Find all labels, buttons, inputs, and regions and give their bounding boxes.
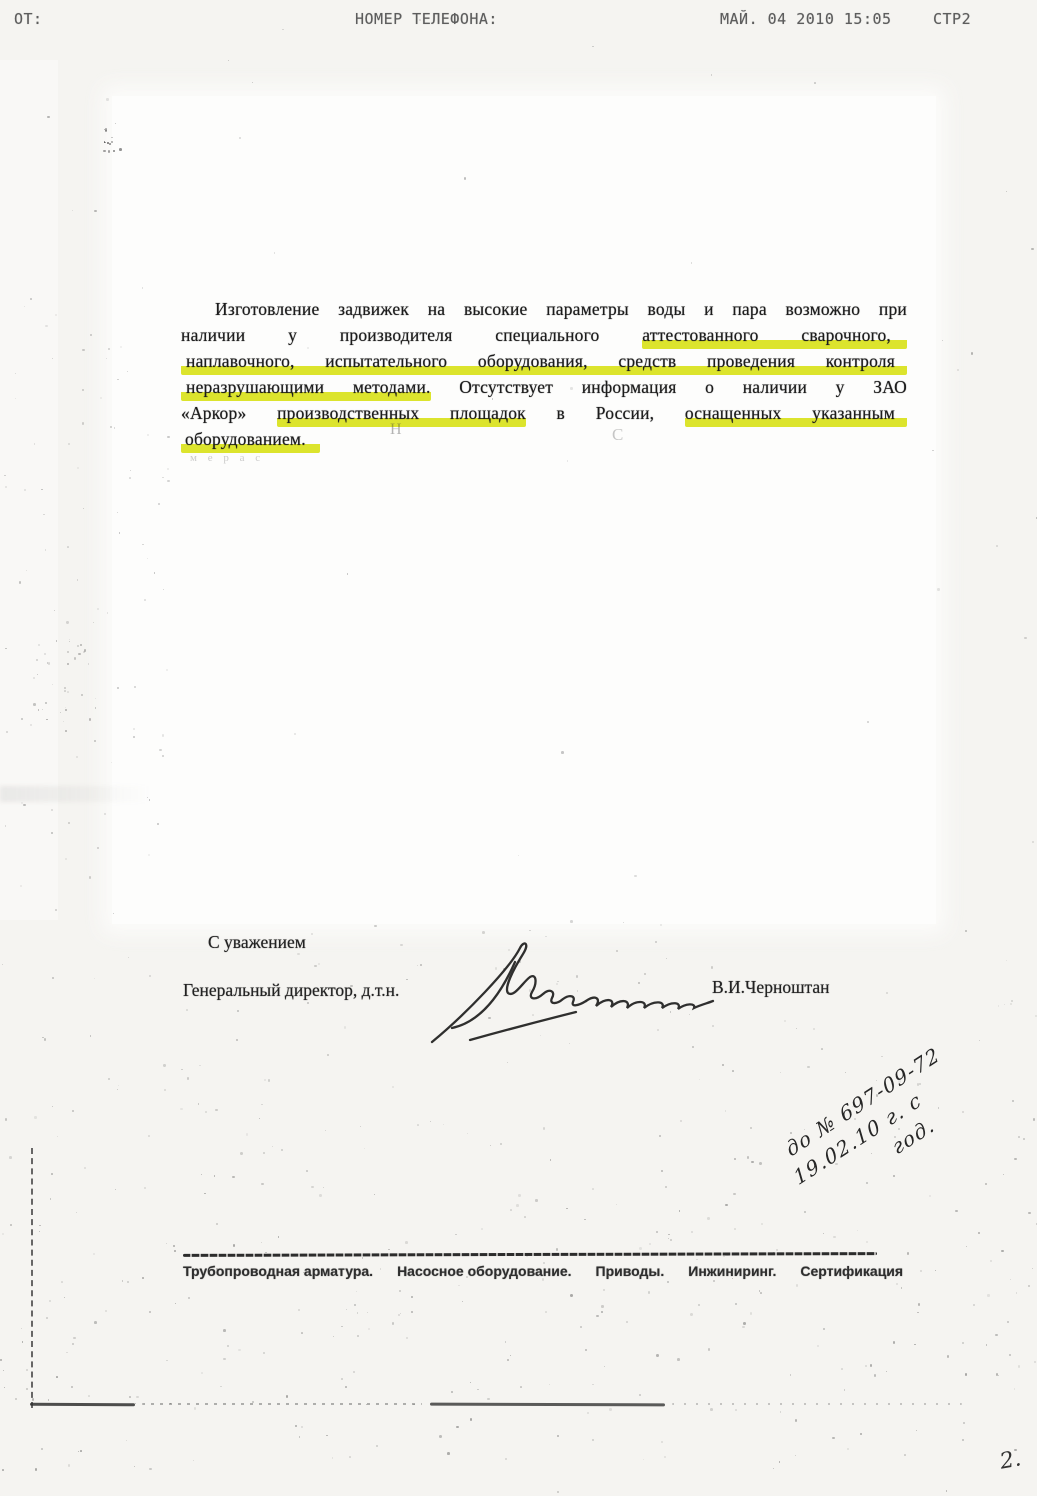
scan-speckle bbox=[962, 1439, 964, 1441]
scan-smudge bbox=[0, 786, 150, 802]
scan-speckle bbox=[439, 1435, 442, 1438]
scan-speckle bbox=[341, 1378, 343, 1380]
scan-speckle bbox=[34, 1116, 36, 1118]
scan-speckle bbox=[481, 1228, 483, 1230]
scan-speckle bbox=[566, 1208, 567, 1209]
scan-speckle bbox=[477, 1389, 478, 1390]
scan-speckle bbox=[63, 721, 64, 722]
scan-speckle bbox=[80, 644, 82, 646]
scan-speckle bbox=[83, 651, 85, 653]
scan-speckle bbox=[194, 1407, 197, 1410]
scan-speckle bbox=[238, 1349, 241, 1352]
footer-service-item: Приводы. bbox=[596, 1263, 665, 1279]
scan-speckle bbox=[233, 1244, 235, 1246]
scan-speckle bbox=[1009, 1354, 1011, 1356]
scan-speckle bbox=[95, 707, 97, 709]
scan-speckle bbox=[779, 1461, 780, 1462]
scan-speckle bbox=[670, 1239, 672, 1241]
scan-speckle bbox=[72, 210, 73, 211]
scan-speckle bbox=[920, 1270, 922, 1272]
scan-speckle bbox=[965, 930, 967, 932]
scan-speckle bbox=[524, 1216, 526, 1218]
scan-speckle bbox=[93, 1253, 95, 1255]
scan-speckle bbox=[680, 1120, 682, 1122]
scan-speckle bbox=[784, 1020, 786, 1022]
scan-speckle bbox=[462, 1301, 463, 1302]
scan-speckle bbox=[193, 1460, 195, 1462]
scan-speckle bbox=[268, 1079, 270, 1081]
handwritten-page-number: 2. bbox=[998, 1446, 1023, 1474]
scan-speckle bbox=[216, 1223, 218, 1225]
scan-speckle bbox=[263, 1152, 265, 1154]
scan-speckle bbox=[1014, 1158, 1016, 1160]
fax-transmission-header: ОТ: НОМЕР ТЕЛЕФОНА: МАЙ. 04 2010 15:05 С… bbox=[0, 10, 1037, 36]
scan-speckle bbox=[735, 1303, 737, 1305]
scan-speckle bbox=[180, 1108, 183, 1111]
scan-speckle bbox=[500, 1143, 502, 1145]
scan-speckle bbox=[616, 1204, 618, 1206]
scan-speckle bbox=[26, 1369, 28, 1371]
scan-speckle bbox=[67, 663, 69, 665]
scan-speckle bbox=[94, 210, 97, 213]
scan-speckle bbox=[51, 1173, 53, 1175]
scan-speckle bbox=[411, 1311, 413, 1313]
scan-speckle bbox=[661, 1170, 663, 1172]
scan-speckle bbox=[181, 1069, 183, 1071]
scan-speckle bbox=[246, 1133, 249, 1136]
highlighted-text: наплавочного, испытательного оборудовани… bbox=[181, 351, 907, 375]
scan-speckle bbox=[874, 1374, 877, 1377]
fax-page-indicator: СТР2 bbox=[933, 10, 971, 28]
scan-speckle bbox=[1001, 1250, 1003, 1252]
scan-speckle bbox=[1024, 637, 1026, 639]
scan-speckle bbox=[780, 1411, 782, 1413]
scan-speckle bbox=[660, 924, 662, 926]
scan-speckle bbox=[50, 1198, 52, 1200]
scan-speckle bbox=[761, 1223, 763, 1225]
scan-speckle bbox=[392, 1086, 394, 1088]
scan-speckle bbox=[917, 1312, 919, 1314]
scan-speckle bbox=[406, 1337, 408, 1339]
scan-speckle bbox=[507, 1062, 508, 1063]
scan-speckle bbox=[1023, 1138, 1025, 1140]
scan-speckle bbox=[604, 1366, 605, 1367]
scan-speckle bbox=[870, 1364, 873, 1367]
scan-speckle bbox=[104, 141, 106, 143]
scanned-fax-page: ОТ: НОМЕР ТЕЛЕФОНА: МАЙ. 04 2010 15:05 С… bbox=[0, 0, 1037, 1496]
scan-speckle bbox=[823, 1233, 824, 1234]
scan-speckle bbox=[487, 1398, 490, 1401]
scan-speckle bbox=[232, 1176, 234, 1178]
scan-speckle bbox=[82, 422, 84, 424]
scan-speckle bbox=[127, 1281, 129, 1283]
scan-speckle bbox=[44, 1038, 46, 1040]
scan-speckle bbox=[556, 1248, 559, 1251]
scan-speckle bbox=[1010, 1279, 1011, 1280]
scan-speckle bbox=[88, 1395, 90, 1397]
footer-service-item: Насосное оборудование. bbox=[397, 1263, 571, 1279]
footer-divider-line bbox=[183, 1252, 877, 1257]
scan-speckle bbox=[698, 1304, 700, 1306]
scan-speckle bbox=[510, 1355, 511, 1356]
scan-speckle bbox=[100, 397, 102, 399]
scan-speckle bbox=[90, 1035, 91, 1036]
scan-speckle bbox=[857, 1230, 858, 1231]
scan-speckle bbox=[742, 1326, 744, 1328]
scan-speckle bbox=[22, 1341, 24, 1343]
scan-speckle bbox=[374, 1194, 375, 1195]
scan-speckle bbox=[759, 1290, 761, 1292]
scan-speckle bbox=[15, 1398, 17, 1400]
scan-speckle bbox=[699, 1079, 700, 1080]
scan-speckle bbox=[89, 718, 91, 720]
scan-speckle bbox=[696, 1259, 697, 1260]
scan-speckle bbox=[264, 1079, 266, 1081]
scan-speckle bbox=[136, 1396, 138, 1398]
scan-speckle bbox=[66, 621, 68, 623]
scan-speckle bbox=[549, 1384, 550, 1385]
scan-speckle bbox=[61, 1281, 63, 1283]
scan-speckle bbox=[73, 1337, 76, 1340]
scan-speckle bbox=[656, 1231, 658, 1233]
scan-speckle bbox=[115, 1189, 116, 1190]
scan-speckle bbox=[148, 1135, 150, 1137]
scan-speckle bbox=[80, 1450, 82, 1452]
scan-speckle bbox=[301, 1426, 303, 1428]
scan-speckle bbox=[734, 1158, 736, 1160]
scan-speckle bbox=[2, 1233, 4, 1235]
scan-speckle bbox=[298, 1309, 300, 1311]
scan-speckle bbox=[174, 1250, 176, 1252]
scan-speckle bbox=[223, 1329, 226, 1332]
ghost-mark: С bbox=[612, 425, 627, 445]
scan-speckle bbox=[1003, 1174, 1004, 1175]
scan-speckle bbox=[505, 1458, 507, 1460]
scan-speckle bbox=[668, 1234, 669, 1235]
closing-salutation: С уважением bbox=[208, 932, 306, 953]
scan-speckle bbox=[69, 639, 70, 640]
scan-speckle bbox=[545, 1311, 547, 1313]
scan-speckle bbox=[186, 1009, 188, 1011]
scan-speckle bbox=[77, 645, 79, 647]
scan-speckle bbox=[430, 1121, 431, 1122]
scan-speckle bbox=[105, 130, 107, 132]
scan-speckle bbox=[725, 1110, 726, 1111]
scan-speckle bbox=[893, 1175, 895, 1177]
scan-speckle bbox=[188, 1297, 190, 1299]
scan-speckle bbox=[142, 1277, 143, 1278]
scan-speckle bbox=[1010, 1003, 1012, 1005]
scan-speckle bbox=[929, 1195, 931, 1197]
scan-speckle bbox=[1016, 1292, 1017, 1293]
scan-speckle bbox=[750, 1312, 752, 1314]
scan-speckle bbox=[901, 1287, 902, 1288]
scan-speckle bbox=[814, 82, 816, 84]
footer-service-item: Инжиниринг. bbox=[688, 1263, 776, 1279]
scan-speckle bbox=[914, 1344, 916, 1346]
scan-speckle bbox=[41, 1448, 43, 1450]
scan-speckle bbox=[665, 1186, 667, 1188]
scan-speckle bbox=[907, 1252, 909, 1254]
scan-speckle bbox=[332, 1457, 333, 1458]
scan-speckle bbox=[833, 1236, 835, 1238]
scan-speckle bbox=[108, 150, 110, 152]
scan-speckle bbox=[844, 1389, 845, 1390]
scan-speckle bbox=[743, 1322, 746, 1325]
scan-speckle bbox=[77, 467, 79, 469]
scan-speckle bbox=[639, 1394, 641, 1396]
scan-speckle bbox=[105, 1310, 107, 1312]
scan-speckle bbox=[261, 1183, 264, 1186]
scan-speckle bbox=[94, 978, 95, 979]
scan-speckle bbox=[94, 1321, 97, 1324]
scan-speckle bbox=[759, 1162, 762, 1165]
scan-speckle bbox=[236, 1039, 238, 1041]
scan-speckle bbox=[49, 1300, 51, 1302]
highlighted-text: аттестованного сварочного, bbox=[642, 325, 907, 349]
scan-speckle bbox=[570, 1294, 573, 1297]
scan-speckle bbox=[281, 1149, 283, 1151]
scan-speckle bbox=[458, 1285, 460, 1287]
scan-speckle bbox=[1004, 1004, 1005, 1005]
scan-speckle bbox=[149, 975, 151, 977]
scan-speckle bbox=[490, 1145, 491, 1146]
scan-speckle bbox=[592, 1384, 593, 1385]
scan-speckle bbox=[68, 822, 70, 824]
scan-speckle bbox=[205, 1111, 207, 1113]
scan-speckle bbox=[201, 1372, 203, 1374]
ghost-mark: м е р а с bbox=[190, 452, 264, 464]
scan-speckle bbox=[601, 1305, 603, 1307]
scan-speckle bbox=[557, 1491, 560, 1494]
scan-speckle bbox=[518, 1194, 521, 1197]
scan-speckle bbox=[996, 1373, 998, 1375]
scan-speckle bbox=[311, 933, 313, 935]
scan-speckle bbox=[349, 1456, 351, 1458]
scan-speckle bbox=[584, 1219, 586, 1221]
scan-speckle bbox=[175, 1303, 176, 1304]
scan-speckle bbox=[516, 1204, 519, 1207]
scan-speckle bbox=[639, 1247, 642, 1250]
scan-speckle bbox=[455, 1234, 457, 1236]
scan-speckle bbox=[813, 1028, 815, 1030]
scan-speckle bbox=[104, 813, 106, 815]
scan-speckle bbox=[978, 1232, 979, 1233]
highlighted-text: оборудованием. bbox=[181, 429, 320, 453]
scan-speckle bbox=[1006, 191, 1008, 193]
scan-speckle bbox=[307, 1002, 310, 1005]
highlighted-text: оснащенных указанным bbox=[685, 403, 907, 427]
paragraph-text: Отсутствует информация о наличии у ЗАО bbox=[431, 377, 907, 397]
scan-speckle bbox=[261, 1242, 262, 1243]
scan-bottom-line-segment bbox=[142, 1403, 422, 1405]
scan-speckle bbox=[214, 1175, 216, 1177]
scan-speckle bbox=[447, 1452, 450, 1455]
scan-speckle bbox=[1032, 1268, 1034, 1270]
scan-speckle bbox=[237, 1010, 239, 1012]
scan-speckle bbox=[935, 1270, 936, 1271]
scan-speckle bbox=[947, 1355, 949, 1357]
scan-speckle bbox=[265, 1252, 266, 1253]
scan-speckle bbox=[656, 1354, 659, 1357]
scan-speckle bbox=[845, 1072, 846, 1073]
scan-speckle bbox=[65, 730, 67, 732]
scan-speckle bbox=[360, 1126, 361, 1127]
scan-speckle bbox=[711, 74, 713, 76]
scan-speckle bbox=[357, 1335, 359, 1337]
scan-speckle bbox=[865, 1365, 867, 1367]
scan-speckle bbox=[259, 1118, 260, 1119]
scan-speckle bbox=[626, 1321, 628, 1323]
signer-title: Генеральный директор, д.т.н. bbox=[183, 980, 399, 1001]
scan-speckle bbox=[149, 1468, 152, 1471]
scan-speckle bbox=[199, 1065, 201, 1067]
scan-speckle bbox=[83, 508, 84, 509]
scan-speckle bbox=[470, 1382, 471, 1383]
scan-speckle bbox=[955, 1210, 957, 1212]
scan-speckle bbox=[126, 1440, 127, 1441]
scan-speckle bbox=[295, 1425, 297, 1427]
scan-speckle bbox=[376, 1445, 379, 1448]
handwritten-signature bbox=[418, 938, 718, 1050]
scan-speckle bbox=[39, 1231, 40, 1232]
scan-speckle bbox=[1032, 841, 1034, 843]
scan-speckle bbox=[252, 82, 254, 84]
scan-speckle bbox=[149, 1311, 151, 1313]
scan-speckle bbox=[918, 1303, 920, 1305]
scan-speckle bbox=[550, 1159, 551, 1160]
scan-speckle bbox=[357, 1312, 358, 1313]
scan-speckle bbox=[1014, 1388, 1015, 1389]
scan-speckle bbox=[596, 1315, 599, 1318]
paragraph-line: наличии у производителя специального атт… bbox=[181, 322, 907, 348]
scan-speckle bbox=[240, 1152, 243, 1155]
scan-speckle bbox=[346, 1309, 348, 1311]
scan-speckle bbox=[0, 1359, 1, 1360]
scan-speckle bbox=[965, 1373, 968, 1376]
scan-speckle bbox=[107, 142, 109, 144]
scan-speckle bbox=[220, 1386, 221, 1387]
scan-speckle bbox=[942, 340, 943, 341]
handwritten-annotation: до № 697-09-7219.02.10 г. сгод. bbox=[782, 1015, 1013, 1216]
scan-speckle bbox=[56, 1376, 58, 1378]
scan-speckle bbox=[747, 1156, 749, 1158]
scan-speckle bbox=[89, 876, 91, 878]
scan-speckle bbox=[388, 1249, 390, 1251]
paragraph-line: «Аркор» производственных площадок в Росс… bbox=[181, 400, 907, 426]
scan-speckle bbox=[601, 1311, 604, 1314]
scan-speckle bbox=[456, 1426, 458, 1428]
scan-speckle bbox=[733, 1193, 736, 1196]
scan-speckle bbox=[3, 1370, 4, 1371]
scan-speckle bbox=[707, 1217, 710, 1220]
ghost-mark: Н bbox=[390, 421, 406, 439]
footer-service-item: Трубопроводная арматура. bbox=[183, 1263, 373, 1279]
scan-speckle bbox=[106, 358, 108, 360]
scan-speckle bbox=[68, 1464, 71, 1467]
scan-speckle bbox=[507, 1359, 509, 1361]
scan-speckle bbox=[301, 1332, 303, 1334]
scan-speckle bbox=[821, 1048, 823, 1050]
scan-speckle bbox=[529, 930, 531, 932]
scan-speckle bbox=[345, 1386, 347, 1388]
scan-speckle bbox=[65, 709, 67, 711]
scan-speckle bbox=[832, 1437, 834, 1439]
scan-speckle bbox=[648, 1291, 650, 1293]
scan-speckle bbox=[643, 1459, 644, 1460]
scan-bottom-line-segment bbox=[672, 1403, 962, 1405]
scan-speckle bbox=[227, 1345, 229, 1347]
scan-speckle bbox=[725, 1204, 728, 1207]
scan-speckle bbox=[81, 694, 84, 697]
scan-speckle bbox=[9, 1156, 12, 1159]
scan-speckle bbox=[998, 1375, 1000, 1377]
scan-speckle bbox=[65, 707, 66, 708]
scan-speckle bbox=[46, 1317, 48, 1319]
scan-speckle bbox=[649, 1243, 651, 1245]
scan-speckle bbox=[886, 992, 887, 993]
scan-speckle bbox=[659, 1135, 661, 1137]
scan-speckle bbox=[35, 1468, 38, 1471]
scan-speckle bbox=[1012, 1100, 1014, 1102]
scan-speckle bbox=[723, 1256, 725, 1258]
scan-speckle bbox=[580, 1326, 582, 1328]
scan-speckle bbox=[344, 1026, 346, 1028]
scan-white-area bbox=[112, 96, 936, 924]
scan-speckle bbox=[881, 1056, 883, 1058]
scan-speckle bbox=[26, 1388, 28, 1390]
scan-speckle bbox=[916, 1430, 917, 1431]
scan-speckle bbox=[667, 1281, 669, 1283]
scan-speckle bbox=[107, 612, 108, 613]
highlighted-text: неразрушающими методами. bbox=[181, 377, 431, 401]
scan-speckle bbox=[84, 649, 86, 651]
scan-speckle bbox=[957, 369, 959, 371]
scan-speckle bbox=[520, 1386, 522, 1388]
scan-speckle bbox=[734, 1228, 736, 1230]
scan-speckle bbox=[1018, 1136, 1020, 1138]
scan-speckle bbox=[353, 1371, 355, 1373]
fax-phone-label: НОМЕР ТЕЛЕФОНА: bbox=[355, 10, 498, 28]
scan-speckle bbox=[713, 1280, 715, 1282]
scan-speckle bbox=[893, 1341, 896, 1344]
scan-speckle bbox=[796, 1028, 797, 1029]
scan-speckle bbox=[64, 1297, 65, 1298]
scan-speckle bbox=[2, 1469, 4, 1471]
scan-speckle bbox=[118, 1085, 119, 1086]
fax-datetime: МАЙ. 04 2010 15:05 bbox=[720, 10, 892, 28]
scan-speckle bbox=[10, 1224, 12, 1226]
scan-speckle bbox=[78, 653, 81, 656]
scan-speckle bbox=[5, 1118, 7, 1120]
scan-speckle bbox=[94, 740, 96, 742]
scan-speckle bbox=[129, 1396, 131, 1398]
scan-speckle bbox=[796, 1284, 798, 1286]
scan-speckle bbox=[398, 1314, 400, 1316]
scan-speckle bbox=[166, 1360, 167, 1361]
scan-speckle bbox=[866, 1241, 868, 1243]
scan-speckle bbox=[543, 1127, 545, 1129]
paragraph-line: наплавочного, испытательного оборудовани… bbox=[181, 348, 907, 374]
paragraph-text: наличии у производителя специального bbox=[181, 325, 642, 345]
scan-speckle bbox=[108, 348, 110, 350]
scan-bottom-line-segment bbox=[430, 1403, 665, 1407]
scan-speckle bbox=[847, 1448, 849, 1450]
scan-speckle bbox=[299, 1436, 301, 1438]
scan-speckle bbox=[134, 1466, 135, 1467]
scan-speckle bbox=[341, 1326, 343, 1328]
scan-speckle bbox=[505, 1341, 506, 1342]
